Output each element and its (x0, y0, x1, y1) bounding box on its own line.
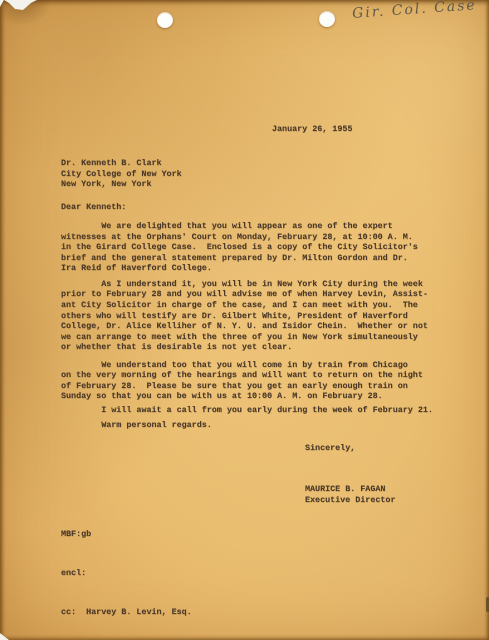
body-paragraph: We understand too that you will come in … (61, 360, 461, 402)
closing-line: Warm personal regards. (61, 420, 461, 431)
typist-initials: MBF:gb (61, 528, 192, 541)
signature-name: MAURICE B. FAGAN (305, 484, 385, 495)
reference-block: MBF:gb encl: cc: Harvey B. Levin, Esq. (61, 502, 192, 640)
signature-title: Executive Director (305, 495, 395, 506)
body-paragraph: I will await a call from you early durin… (61, 405, 461, 416)
punch-hole (319, 11, 335, 27)
letter-body: Dr. Kenneth B. Clark City College of New… (61, 158, 461, 431)
enclosure-note: encl: (61, 567, 192, 580)
letter-date: January 26, 1955 (272, 124, 352, 135)
letter-paper: Gir. Col. Case January 26, 1955 Dr. Kenn… (0, 0, 489, 640)
valediction: Sincerely, (305, 443, 355, 454)
torn-corner (0, 0, 52, 26)
cc-line: cc: Harvey B. Levin, Esq. (61, 606, 192, 619)
salutation: Dear Kenneth: (61, 202, 461, 213)
body-paragraph: We are delighted that you will appear as… (61, 221, 461, 274)
scanned-letter: Gir. Col. Case January 26, 1955 Dr. Kenn… (0, 0, 489, 640)
punch-hole (157, 12, 173, 28)
body-paragraph: As I understand it, you will be in New Y… (61, 279, 461, 353)
recipient-address: Dr. Kenneth B. Clark City College of New… (61, 158, 461, 190)
handwritten-annotation: Gir. Col. Case (352, 0, 489, 22)
